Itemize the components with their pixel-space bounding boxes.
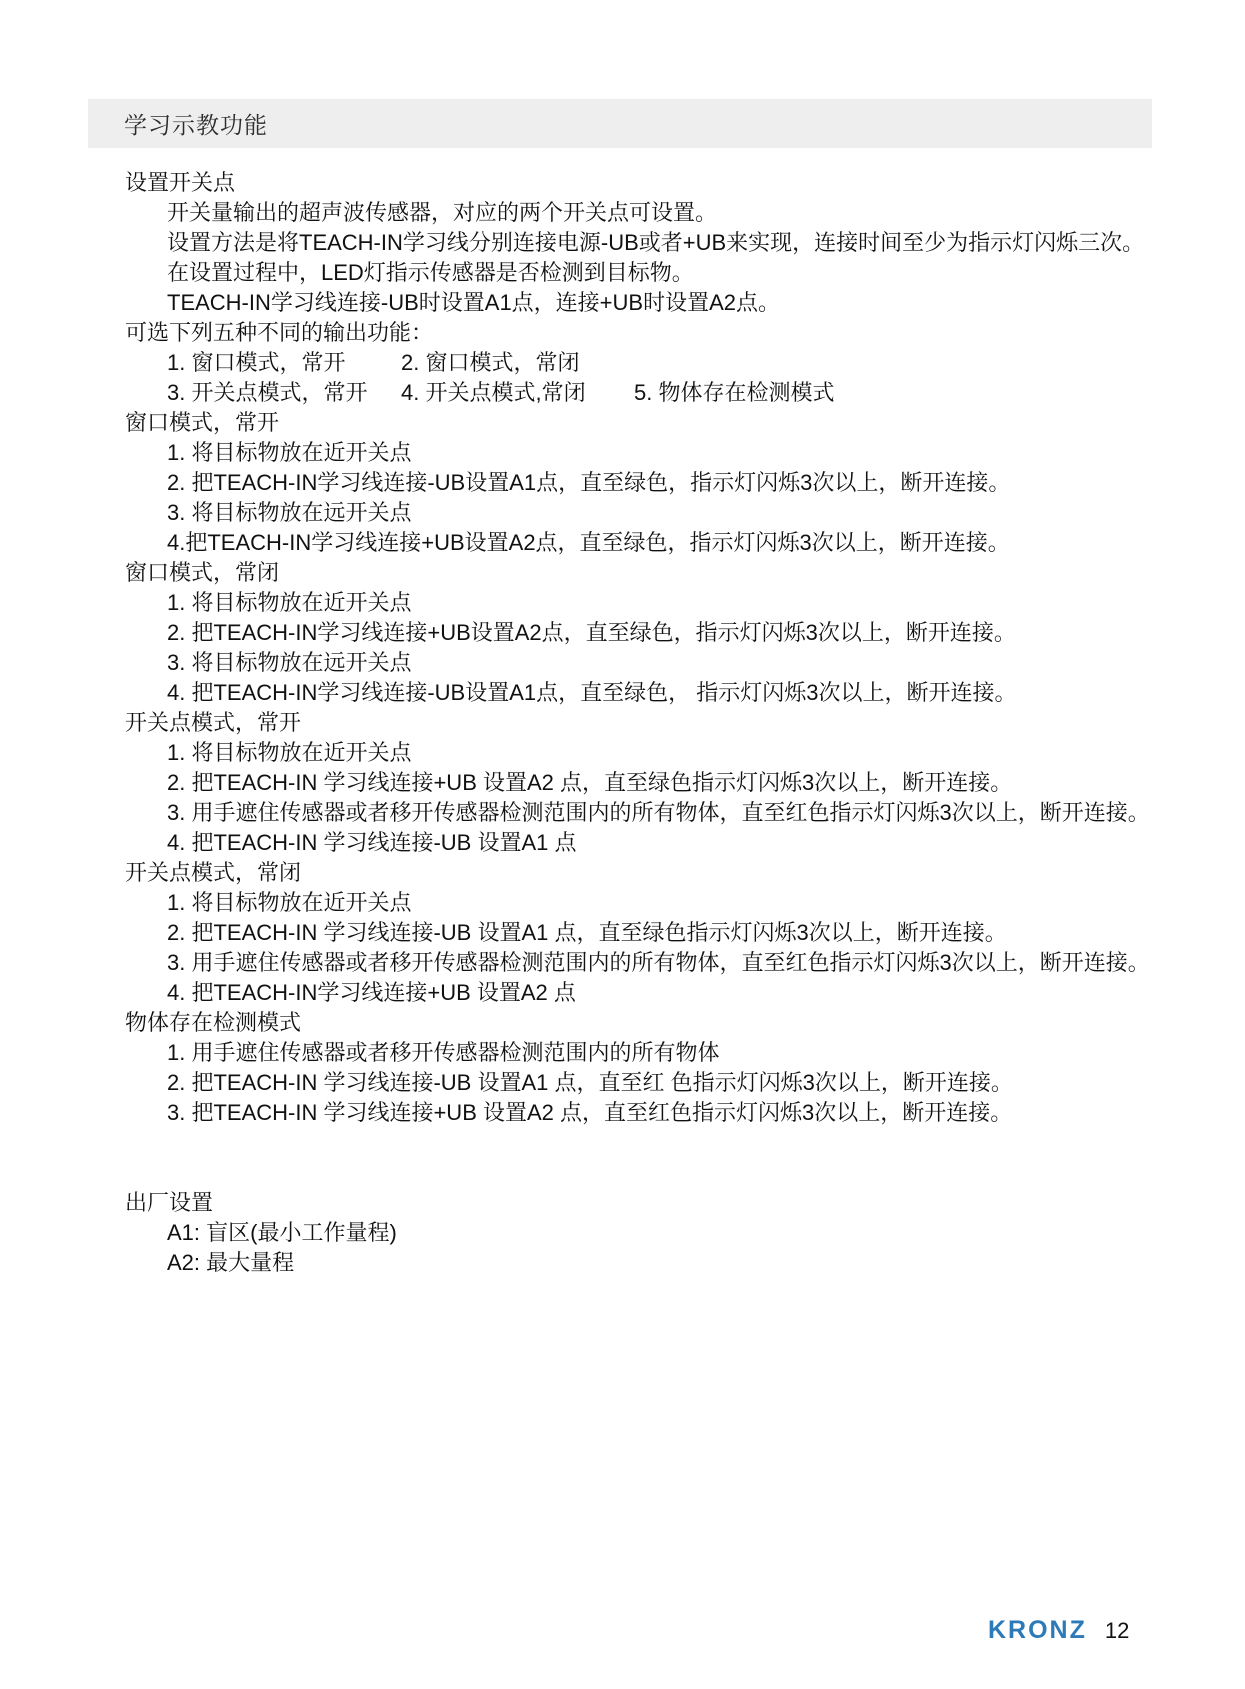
mode-step: 1. 将目标物放在近开关点 [125, 738, 1205, 768]
mode-heading: 窗口模式，常开 [125, 408, 1205, 438]
mode-heading: 开关点模式，常开 [125, 708, 1205, 738]
page-number: 12 [1105, 1618, 1129, 1644]
mode-step: 4. 把TEACH-IN 学习线连接-UB 设置A1 点 [125, 828, 1205, 858]
setup-line: 设置方法是将TEACH-IN学习线分别连接电源-UB或者+UB来实现，连接时间至… [125, 228, 1205, 258]
mode-step: 4. 把TEACH-IN学习线连接+UB 设置A2 点 [125, 978, 1205, 1008]
output-option: 4. 开关点模式,常闭 [401, 378, 634, 408]
output-options-row: 3. 开关点模式，常开4. 开关点模式,常闭5. 物体存在检测模式 [125, 378, 1205, 408]
factory-line: A2: 最大量程 [125, 1248, 1205, 1278]
factory-heading: 出厂设置 [125, 1188, 1205, 1218]
setup-line: TEACH-IN学习线连接-UB时设置A1点，连接+UB时设置A2点。 [125, 288, 1205, 318]
factory-line: A1: 盲区(最小工作量程) [125, 1218, 1205, 1248]
output-option: 3. 开关点模式，常开 [167, 378, 401, 408]
mode-step: 3. 将目标物放在远开关点 [125, 648, 1205, 678]
mode-heading: 窗口模式，常闭 [125, 558, 1205, 588]
page-title: 学习示教功能 [124, 107, 268, 140]
page-footer: KRONZ 12 [988, 1616, 1129, 1645]
mode-step: 3. 把TEACH-IN 学习线连接+UB 设置A2 点，直至红色指示灯闪烁3次… [125, 1098, 1205, 1128]
mode-heading: 开关点模式，常闭 [125, 858, 1205, 888]
mode-step: 1. 将目标物放在近开关点 [125, 888, 1205, 918]
output-option: 5. 物体存在检测模式 [634, 380, 834, 405]
mode-step: 4.把TEACH-IN学习线连接+UB设置A2点，直至绿色，指示灯闪烁3次以上，… [125, 528, 1205, 558]
mode-step: 1. 将目标物放在近开关点 [125, 588, 1205, 618]
page-content: 设置开关点 开关量输出的超声波传感器，对应的两个开关点可设置。 设置方法是将TE… [125, 168, 1205, 1278]
mode-step: 3. 用手遮住传感器或者移开传感器检测范围内的所有物体，直至红色指示灯闪烁3次以… [125, 798, 1205, 828]
mode-step: 3. 将目标物放在远开关点 [125, 498, 1205, 528]
output-options-row: 1. 窗口模式，常开2. 窗口模式，常闭 [125, 348, 1205, 378]
setup-line: 在设置过程中，LED灯指示传感器是否检测到目标物。 [125, 258, 1205, 288]
output-option: 1. 窗口模式，常开 [167, 348, 401, 378]
output-options-intro: 可选下列五种不同的输出功能： [125, 318, 1205, 348]
manual-page: 学习示教功能 设置开关点 开关量输出的超声波传感器，对应的两个开关点可设置。 设… [0, 0, 1245, 1689]
setup-heading: 设置开关点 [125, 168, 1205, 198]
mode-step: 3. 用手遮住传感器或者移开传感器检测范围内的所有物体，直至红色指示灯闪烁3次以… [125, 948, 1205, 978]
mode-step: 2. 把TEACH-IN 学习线连接-UB 设置A1 点，直至红 色指示灯闪烁3… [125, 1068, 1205, 1098]
vertical-spacer [125, 1128, 1205, 1188]
mode-step: 2. 把TEACH-IN学习线连接-UB设置A1点，直至绿色，指示灯闪烁3次以上… [125, 468, 1205, 498]
output-option: 2. 窗口模式，常闭 [401, 350, 579, 375]
mode-step: 2. 把TEACH-IN 学习线连接+UB 设置A2 点，直至绿色指示灯闪烁3次… [125, 768, 1205, 798]
mode-step: 1. 将目标物放在近开关点 [125, 438, 1205, 468]
mode-step: 4. 把TEACH-IN学习线连接-UB设置A1点，直至绿色， 指示灯闪烁3次以… [125, 678, 1205, 708]
mode-step: 2. 把TEACH-IN学习线连接+UB设置A2点，直至绿色，指示灯闪烁3次以上… [125, 618, 1205, 648]
mode-heading: 物体存在检测模式 [125, 1008, 1205, 1038]
section-header-bar: 学习示教功能 [88, 99, 1152, 148]
setup-line: 开关量输出的超声波传感器，对应的两个开关点可设置。 [125, 198, 1205, 228]
mode-step: 2. 把TEACH-IN 学习线连接-UB 设置A1 点，直至绿色指示灯闪烁3次… [125, 918, 1205, 948]
kronz-logo: KRONZ [988, 1616, 1087, 1645]
mode-step: 1. 用手遮住传感器或者移开传感器检测范围内的所有物体 [125, 1038, 1205, 1068]
